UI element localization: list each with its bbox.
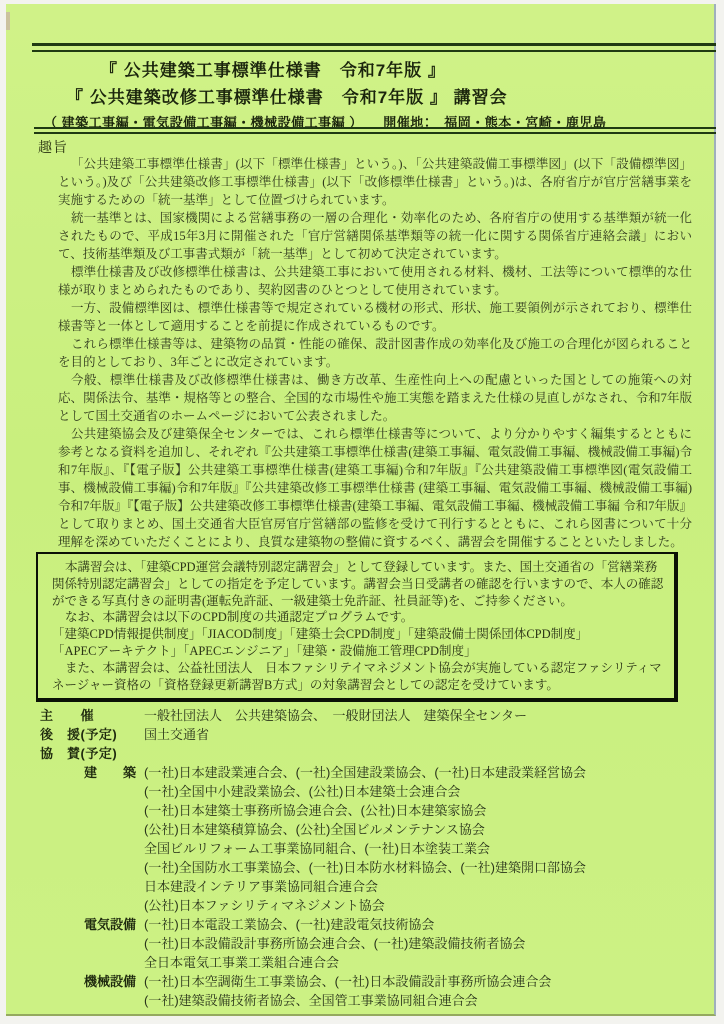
organizer-row: 協 賛(予定) [6,744,712,763]
organizer-role-label: 後 援(予定) [40,725,117,744]
organizer-row: 主 催 一般社団法人 公共建築協会、 一般財団法人 建築保全センター [6,706,712,725]
purpose-paragraph: 統一基準とは、国家機関による営繕事務の一層の合理化・効率化のため、各府省庁の使用… [58,209,692,263]
cpd-registration-box: 本講習会は、「建築CPD運営会議特別認定講習会」として登録しています。また、国土… [36,552,678,702]
organizer-names: (一社)日本設備設計事務所協会連合会、(一社)建築設備技術者協会 [144,936,525,951]
purpose-paragraph: 公共建築協会及び建築保全センターでは、これら標準仕様書等について、より分かりやす… [58,425,692,551]
organizer-row: (一社)建築設備技術者協会、全国管工事業協同組合連合会 [6,991,712,1010]
organizer-row: 全国ビルリフォーム工事業協同組合、(一社)日本塗装工業会 [6,839,712,858]
purpose-paragraph: これら標準仕様書等は、建築物の品質・性能の確保、設計図書作成の効率化及び施工の合… [58,335,692,371]
scanned-flyer-page: { "colors":{ "paper_green":"#c9ef7e", "i… [0,0,724,1024]
mid-double-rule [34,127,716,134]
organizer-category-label: 機械設備 [84,972,136,991]
organizer-row: (一社)日本設備設計事務所協会連合会、(一社)建築設備技術者協会 [6,934,712,953]
organizer-category-label: 電気設備 [84,915,136,934]
paper: 『 公共建築工事標準仕様書 令和7年版 』 『 公共建築改修工事標準仕様書 令和… [6,4,716,1016]
organizer-names: (一社)日本建築士事務所協会連合会、(公社)日本建築家協会 [144,803,486,818]
organizer-names: (公社)日本建築積算協会、(公社)全国ビルメンテナンス協会 [144,822,485,837]
organizer-row: (公社)日本ファシリティマネジメント協会 [6,896,712,915]
organizer-names: 全日本電気工事業工業組合連合会 [144,955,339,970]
organizer-names: (公社)日本ファシリティマネジメント協会 [144,898,385,913]
organizer-names: (一社)全国中小建設業協会、(公社)日本建築士会連合会 [144,784,460,799]
organizer-names: (一社)日本電設工業協会、(一社)建設電気技術協会 [144,917,434,932]
organizer-names: (一社)全国防水工事業協会、(一社)日本防水材料協会、(一社)建築開口部協会 [144,860,586,875]
page-title-line2: 『 公共建築改修工事標準仕様書 令和7年版 』 講習会 [66,83,508,108]
top-double-rule [32,43,716,52]
organizer-row: 機械設備 (一社)日本空調衛生工事業協会、(一社)日本設備設計事務所協会連合会 [6,972,712,991]
organizer-row: 建 築 (一社)日本建設業連合会、(一社)全国建設業協会、(一社)日本建設業経営… [6,763,712,782]
organizer-names: (一社)日本建設業連合会、(一社)全国建設業協会、(一社)日本建設業経営協会 [144,765,586,780]
organizer-names: 全国ビルリフォーム工事業協同組合、(一社)日本塗装工業会 [144,841,490,856]
organizer-row: 後 援(予定) 国土交通省 [6,725,712,744]
organizer-row: (一社)日本建築士事務所協会連合会、(公社)日本建築家協会 [6,801,712,820]
cpd-box-paragraph: 本講習会は、「建築CPD運営会議特別認定講習会」として登録しています。また、国土… [52,559,664,609]
organizer-names: 日本建設インテリア事業協同組合連合会 [144,879,378,894]
organizer-names: 国土交通省 [144,727,209,742]
purpose-paragraph: 「公共建築工事標準仕様書」(以下「標準仕様書」という。)、「公共建築設備工事標準… [58,155,692,209]
cpd-box-paragraph: なお、本講習会は以下のCPD制度の共通認定プログラムです。 [52,609,664,626]
organizer-row: (一社)全国防水工事業協会、(一社)日本防水材料協会、(一社)建築開口部協会 [6,858,712,877]
purpose-paragraph: 標準仕様書及び改修標準仕様書は、公共建築工事において使用される材料、機材、工法等… [58,263,692,299]
cpd-box-paragraph: また、本講習会は、公益社団法人 日本ファシリテイマネジメント協会が実施している認… [52,660,664,694]
organizer-category-label: 建 築 [84,763,136,782]
cpd-box-paragraph: 「APECアーキテクト」「APECエンジニア」「建築・設備施工管理CPD制度」 [52,643,664,660]
organizer-row: 電気設備 (一社)日本電設工業協会、(一社)建設電気技術協会 [6,915,712,934]
organizer-names: (一社)建築設備技術者協会、全国管工事業協同組合連合会 [144,993,478,1008]
scan-edge-smudge [6,12,10,30]
organizer-names: 一般社団法人 公共建築協会、 一般財団法人 建築保全センター [144,708,527,723]
page-title-line1: 『 公共建築工事標準仕様書 令和7年版 』 [100,56,446,81]
organizer-role-label: 協 賛(予定) [40,744,117,763]
organizers-section: 主 催 一般社団法人 公共建築協会、 一般財団法人 建築保全センター 後 援(予… [6,706,712,1010]
purpose-paragraph: 一方、設備標準図は、標準仕様書等で規定されている機材の形式、形状、施工要領例が示… [58,299,692,335]
organizer-names: (一社)日本空調衛生工事業協会、(一社)日本設備設計事務所協会連合会 [144,974,551,989]
organizer-role-label: 主 催 [40,706,94,725]
organizer-row: 全日本電気工事業工業組合連合会 [6,953,712,972]
purpose-body: 「公共建築工事標準仕様書」(以下「標準仕様書」という。)、「公共建築設備工事標準… [58,155,692,551]
organizer-row: (一社)全国中小建設業協会、(公社)日本建築士会連合会 [6,782,712,801]
organizer-row: (公社)日本建築積算協会、(公社)全国ビルメンテナンス協会 [6,820,712,839]
cpd-box-paragraph: 「建築CPD情報提供制度」「JIACOD制度」「建築士会CPD制度」「建築設備士… [52,626,664,643]
organizer-row: 日本建設インテリア事業協同組合連合会 [6,877,712,896]
purpose-heading: 趣旨 [38,137,68,157]
purpose-paragraph: 今般、標準仕様書及び改修標準仕様書は、働き方改革、生産性向上への配慮といった国と… [58,371,692,425]
